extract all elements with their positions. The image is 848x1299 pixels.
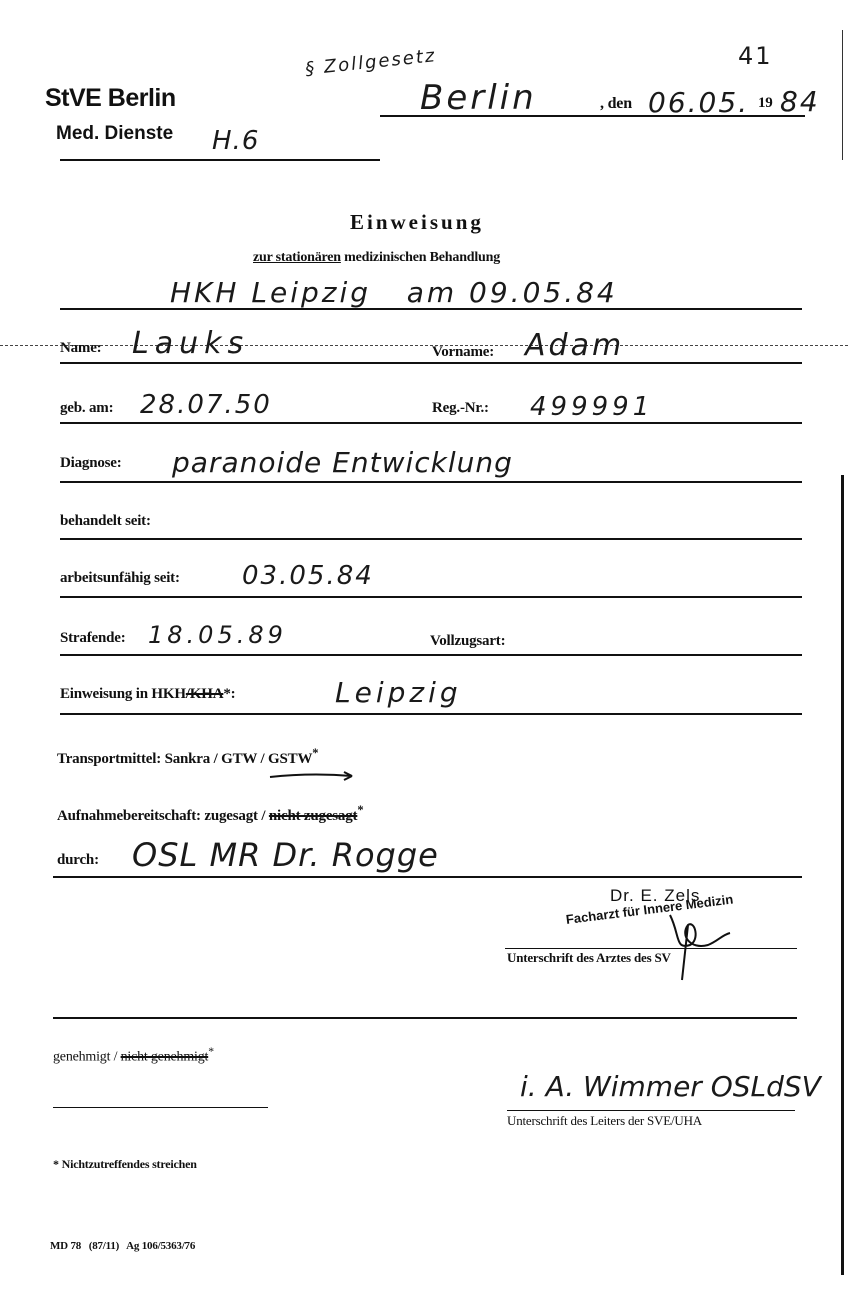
- name-label: Name:: [60, 340, 101, 357]
- stamp-institution: StVE Berlin: [45, 84, 176, 113]
- diagnose-label: Diagnose:: [60, 455, 122, 472]
- transport-option-sankra: Sankra: [165, 751, 211, 767]
- einweisung-rule: [60, 713, 802, 715]
- durch-value: OSL MR Dr. Rogge: [132, 836, 439, 874]
- einweisung-label: Einweisung in HKH/KHA*:: [60, 686, 235, 703]
- director-signature-rule: [507, 1110, 795, 1111]
- reg-nr-label: Reg.-Nr.:: [432, 400, 489, 417]
- right-page-edge: [841, 475, 844, 1275]
- arbeitsunfaehig-rule: [60, 596, 802, 598]
- form-code: MD 78 (87/11) Ag 106/5363/76: [50, 1240, 195, 1252]
- einweisung-value: Leipzig: [335, 676, 462, 709]
- aufnahme-option-zugesagt: zugesagt: [204, 808, 257, 824]
- einweisung-label-b: *:: [223, 686, 235, 702]
- stamp-line1: StVE Berlin: [45, 84, 176, 112]
- arbeitsunfaehig-value: 03.05.84: [242, 561, 374, 591]
- strafende-label: Strafende:: [60, 630, 126, 647]
- date-label: , den: [600, 95, 632, 113]
- transport-selection-arrow: [268, 770, 358, 782]
- reg-nr-value: 499991: [530, 392, 653, 422]
- birthdate-rule: [60, 422, 802, 424]
- title-rule: [60, 308, 802, 310]
- approval-separator: /: [110, 1050, 120, 1065]
- stamp-department: Med. Dienste: [56, 123, 173, 145]
- transport-option-gtw: GTW: [221, 751, 257, 767]
- transport-label: Transportmittel:: [57, 751, 161, 767]
- approval-rule: [53, 1017, 797, 1019]
- behandelt-rule: [60, 538, 802, 540]
- strafende-value: 18.05.89: [148, 621, 287, 649]
- transport-row: Transportmittel: Sankra / GTW / GSTW*: [57, 746, 318, 768]
- durch-label: durch:: [57, 852, 99, 869]
- subtitle-underlined: zur stationären: [253, 250, 341, 265]
- doctor-signature-caption: Unterschrift des Arztes des SV: [507, 950, 671, 966]
- admission-destination: HKH Leipzig am 09.05.84: [170, 276, 618, 309]
- director-signature: i. A. Wimmer OSLdSV: [520, 1070, 821, 1103]
- place-field: Berlin: [420, 78, 537, 118]
- vollzugsart-label: Vollzugsart:: [430, 633, 505, 650]
- behandelt-label: behandelt seit:: [60, 513, 151, 530]
- form-title: Einweisung: [350, 210, 484, 235]
- header-left-rule: [60, 159, 380, 161]
- subtitle-rest: medizinischen Behandlung: [341, 250, 500, 265]
- aufnahme-row: Aufnahmebereitschaft: zugesagt / nicht z…: [57, 803, 363, 825]
- department-code: H.6: [212, 126, 259, 156]
- form-subtitle: zur stationären medizinischen Behandlung: [253, 250, 500, 266]
- approval-nicht-genehmigt: nicht genehmigt: [121, 1050, 209, 1065]
- aufnahme-label: Aufnahmebereitschaft:: [57, 808, 201, 824]
- aufnahme-asterisk: *: [357, 803, 363, 817]
- date-century: 19: [758, 95, 773, 112]
- birthdate-value: 28.07.50: [140, 390, 272, 420]
- strafende-rule: [60, 654, 802, 656]
- diagnose-rule: [60, 481, 802, 483]
- header-right-rule: [380, 115, 805, 117]
- vorname-label: Vorname:: [432, 344, 494, 361]
- durch-rule: [53, 876, 802, 878]
- approval-asterisk: *: [208, 1045, 214, 1058]
- right-page-edge-top: [842, 30, 843, 160]
- einweisung-label-struck: /KHA: [186, 686, 224, 702]
- transport-option-gstw: GSTW: [268, 751, 312, 767]
- footnote: * Nichtzutreffendes streichen: [53, 1157, 197, 1172]
- director-signature-caption: Unterschrift des Leiters der SVE/UHA: [507, 1113, 702, 1129]
- approval-genehmigt: genehmigt: [53, 1050, 110, 1065]
- diagnose-value: paranoide Entwicklung: [172, 446, 513, 479]
- page-number: 41: [738, 42, 773, 70]
- approval-row: genehmigt / nicht genehmigt*: [53, 1045, 214, 1066]
- doctor-signature: [660, 905, 740, 985]
- einweisung-label-a: Einweisung in HKH: [60, 686, 186, 702]
- transport-asterisk: *: [312, 746, 318, 760]
- aufnahme-option-nicht-zugesagt: nicht zugesagt: [269, 808, 357, 824]
- handwritten-note: § Zollgesetz: [304, 45, 437, 80]
- name-rule: [60, 362, 802, 364]
- doctor-signature-rule: [505, 948, 797, 949]
- birthdate-label: geb. am:: [60, 400, 113, 417]
- approval-left-rule: [53, 1107, 268, 1108]
- date-year: 84: [780, 85, 820, 118]
- vorname-value: Adam: [525, 328, 624, 363]
- arbeitsunfaehig-label: arbeitsunfähig seit:: [60, 570, 180, 587]
- name-value: Lauks: [132, 326, 249, 361]
- fold-mark: [0, 345, 848, 346]
